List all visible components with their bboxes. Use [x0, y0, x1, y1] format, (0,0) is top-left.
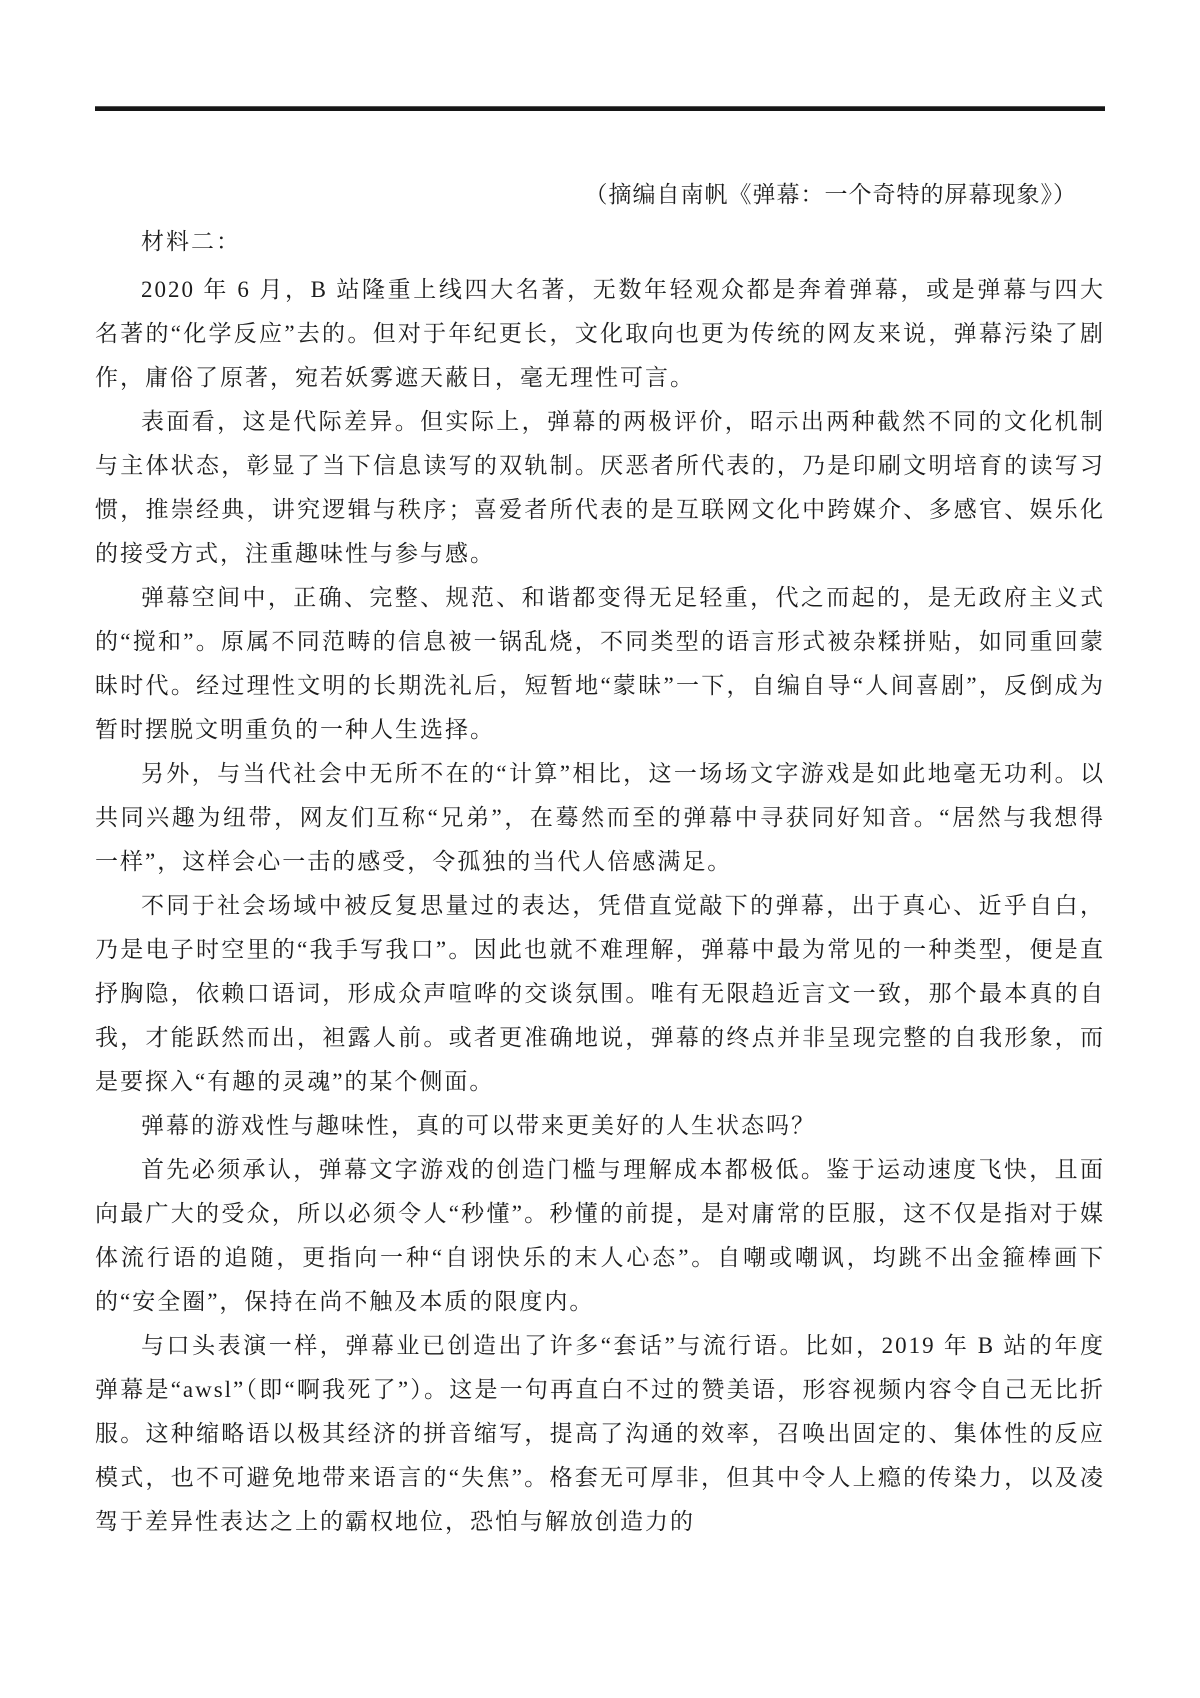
page-divider-rule	[95, 106, 1105, 111]
paragraph-8: 与口头表演一样，弹幕业已创造出了许多“套话”与流行语。比如，2019 年 B 站…	[95, 1324, 1105, 1544]
paragraph-6: 弹幕的游戏性与趣味性，真的可以带来更美好的人生状态吗？	[95, 1104, 1105, 1148]
paragraph-4: 另外，与当代社会中无所不在的“计算”相比，这一场场文字游戏是如此地毫无功利。以共…	[95, 752, 1105, 884]
section-label-material-2: 材料二：	[95, 220, 1105, 264]
paragraph-5: 不同于社会场域中被反复思量过的表达，凭借直觉敲下的弹幕，出于真心、近乎自白，乃是…	[95, 884, 1105, 1104]
document-page: （摘编自南帆《弹幕：一个奇特的屏幕现象》） 材料二： 2020 年 6 月，B …	[0, 0, 1200, 1698]
paragraph-7: 首先必须承认，弹幕文字游戏的创造门槛与理解成本都极低。鉴于运动速度飞快，且面向最…	[95, 1148, 1105, 1324]
paragraph-3: 弹幕空间中，正确、完整、规范、和谐都变得无足轻重，代之而起的，是无政府主义式的“…	[95, 576, 1105, 752]
paragraph-2: 表面看，这是代际差异。但实际上，弹幕的两极评价，昭示出两种截然不同的文化机制与主…	[95, 400, 1105, 576]
paragraph-1: 2020 年 6 月，B 站隆重上线四大名著，无数年轻观众都是奔着弹幕，或是弹幕…	[95, 268, 1105, 400]
source-attribution: （摘编自南帆《弹幕：一个奇特的屏幕现象》）	[95, 173, 1105, 217]
